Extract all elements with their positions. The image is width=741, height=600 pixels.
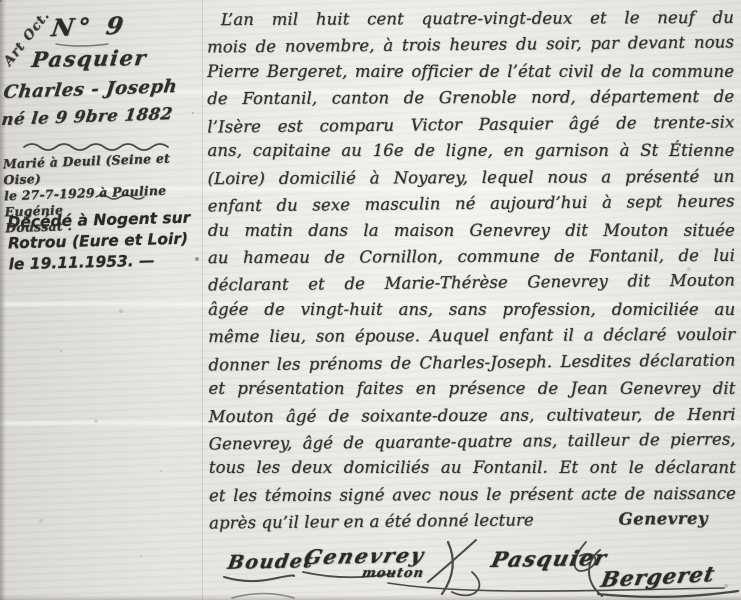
act-line: ans, capitaine au 16e de ligne, en garni…	[207, 138, 734, 164]
act-line: tous les deux domiciliés au Fontanil. Et…	[209, 455, 736, 481]
act-line: Mouton âgé de soixante-douze ans, cultiv…	[209, 401, 736, 430]
act-line: (Loire) domicilié à Noyarey, lequel nous…	[208, 163, 735, 192]
margin-rule	[202, 0, 203, 600]
act-line: Genevrey, âgé de quarante-quatre ans, ta…	[209, 426, 736, 457]
act-line: l’Isère est comparu Victor Pasquier âgé …	[207, 109, 734, 140]
act-body: L’an mil huit cent quatre-vingt-deux et …	[207, 5, 736, 536]
act-line: et les témoins signé avec nous le présen…	[209, 481, 736, 510]
margin-surname: Pasquier	[30, 45, 148, 72]
act-line: au hameau de Cornillon, commune de Fonta…	[208, 243, 735, 272]
act-line: enfant du sexe masculin né aujourd’hui à…	[208, 189, 735, 220]
margin-death-note: Décédé à Nogent sur Rotrou (Eure et Loir…	[7, 208, 197, 276]
act-number: N° 9	[50, 11, 130, 43]
signature-pasquier: Pasquier	[489, 545, 610, 572]
margin-birth-note: né le 9 9bre 1882	[0, 104, 174, 129]
signature-mouton: mouton	[361, 566, 426, 581]
act-line: âgée de vingt-huit ans, sans profession,…	[208, 297, 735, 323]
act-line: de Fontanil, canton de Grenoble nord, dé…	[207, 84, 734, 113]
act-line: même lieu, son épouse. Auquel enfant il …	[208, 322, 735, 351]
scanned-birth-record-page: Art Oct. N° 9 Pasquier Charles - Joseph …	[0, 0, 741, 600]
act-line: mois de novembre, à trois heures du soir…	[207, 30, 734, 61]
witness-signature-genevrey: Genevrey	[619, 506, 709, 533]
act-line: du matin dans la maison Genevrey dit Mou…	[208, 218, 735, 244]
margin-given-names: Charles - Joseph	[2, 76, 178, 103]
act-closing-line: après qu’il leur en a été donné lecture …	[209, 506, 736, 537]
act-line: déclarant et de Marie-Thérèse Genevrey d…	[208, 268, 735, 299]
page-edge-shadow-bottom	[0, 595, 741, 600]
act-line: Pierre Bergeret, maire officier de l’éta…	[207, 59, 734, 85]
act-line: donner les prénoms de Charles-Joseph. Le…	[208, 347, 735, 378]
death-note-line: le 19.11.1953. —	[8, 250, 196, 276]
closing-text: après qu’il leur en a été donné lecture	[209, 508, 534, 538]
ink-specks	[0, 0, 2, 2]
act-line: et présentation faites en présence de Je…	[209, 376, 736, 402]
signature-bergeret: Bergeret	[599, 561, 718, 592]
